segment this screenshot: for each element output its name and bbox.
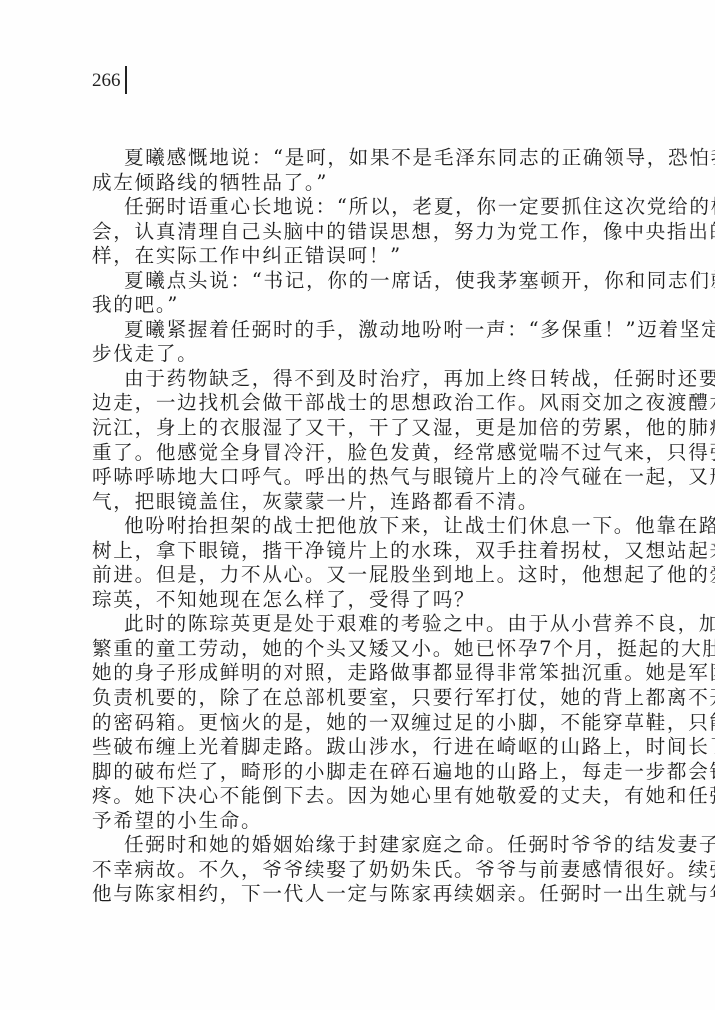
text-line: 气，把眼镜盖住，灰蒙蒙一片，连路都看不清。	[92, 490, 628, 515]
text-line: 我的吧。”	[92, 293, 628, 318]
paragraph-first-line: 夏曦点头说：“书记，你的一席话，使我茅塞顿开，你和同志们就看	[92, 269, 628, 294]
text-line: 负责机要的，除了在总部机要室，只要行军打仗，她的背上都离不开沉重	[92, 686, 628, 711]
text-line: 脚的破布烂了，畸形的小脚走在碎石遍地的山路上，每走一步都会钻心地	[92, 760, 628, 785]
text-line: 不幸病故。不久，爷爷续娶了奶奶朱氏。爷爷与前妻感情很好。续弦时，	[92, 858, 628, 883]
text-line: 重了。他感觉全身冒冷汗，脸色发黄，经常感觉喘不过气来，只得张着嘴	[92, 441, 628, 466]
paragraph-first-line: 此时的陈琮英更是处于艰难的考验之中。由于从小营养不良，加上	[92, 612, 628, 637]
paragraph-first-line: 夏曦紧握着任弼时的手，激动地吩咐一声：“多保重！”迈着坚定的	[92, 318, 628, 343]
book-page: 266 夏曦感慨地说：“是呵，如果不是毛泽东同志的正确领导，恐怕我也成左倾路线的…	[0, 0, 715, 1010]
text-line: 琮英，不知她现在怎么样了，受得了吗？	[92, 588, 628, 613]
text-line: 些破布缠上光着脚走路。跋山涉水，行进在崎岖的山路上，时间长了，缠	[92, 735, 628, 760]
text-line: 他与陈家相约，下一代人一定与陈家再续姻亲。任弼时一出生就与年长两	[92, 882, 628, 907]
text-line: 的密码箱。更恼火的是，她的一双缠过足的小脚，不能穿草鞋，只能用一	[92, 711, 628, 736]
paragraph-first-line: 由于药物缺乏，得不到及时治疗，再加上终日转战，任弼时还要一	[92, 367, 628, 392]
text-line: 予希望的小生命。	[92, 809, 628, 834]
header-rule	[125, 66, 127, 94]
text-line: 边走，一边找机会做干部战士的思想政治工作。风雨交加之夜渡醴水、渡	[92, 391, 628, 416]
paragraph-first-line: 夏曦感慨地说：“是呵，如果不是毛泽东同志的正确领导，恐怕我也	[92, 146, 628, 171]
paragraph-first-line: 他吩咐抬担架的战士把他放下来，让战士们休息一下。他靠在路边的	[92, 514, 628, 539]
text-line: 样，在实际工作中纠正错误呵！”	[92, 244, 628, 269]
text-line: 繁重的童工劳动，她的个头又矮又小。她已怀孕7个月，挺起的大肚子和	[92, 637, 628, 662]
text-line: 她的身子形成鲜明的对照，走路做事都显得非常笨拙沉重。她是军团总部	[92, 661, 628, 686]
paragraph-first-line: 任弼时语重心长地说：“所以，老夏，你一定要抓住这次党给的机	[92, 195, 628, 220]
paragraph-first-line: 任弼时和她的婚姻始缘于封建家庭之命。任弼时爷爷的结发妻子陈氏	[92, 833, 628, 858]
text-line: 会，认真清理自己头脑中的错误思想，努力为党工作，像中央指出的那	[92, 220, 628, 245]
text-line: 沅江，身上的衣服湿了又干，干了又湿，更是加倍的劳累，他的肺病更严	[92, 416, 628, 441]
text-line: 呼哧呼哧地大口呼气。呼出的热气与眼镜片上的冷气碰在一起，又形成雾	[92, 465, 628, 490]
body-text: 夏曦感慨地说：“是呵，如果不是毛泽东同志的正确领导，恐怕我也成左倾路线的牺牲品了…	[92, 146, 628, 907]
text-line: 疼。她下决心不能倒下去。因为她心里有她敬爱的丈夫，有她和任弼时寄	[92, 784, 628, 809]
text-line: 步伐走了。	[92, 342, 628, 367]
text-line: 成左倾路线的牺牲品了。”	[92, 171, 628, 196]
text-line: 前进。但是，力不从心。又一屁股坐到地上。这时，他想起了他的爱人陈	[92, 563, 628, 588]
page-number: 266	[92, 70, 121, 92]
text-line: 树上，拿下眼镜，揩干净镜片上的水珠，双手拄着拐杖，又想站起来继续	[92, 539, 628, 564]
